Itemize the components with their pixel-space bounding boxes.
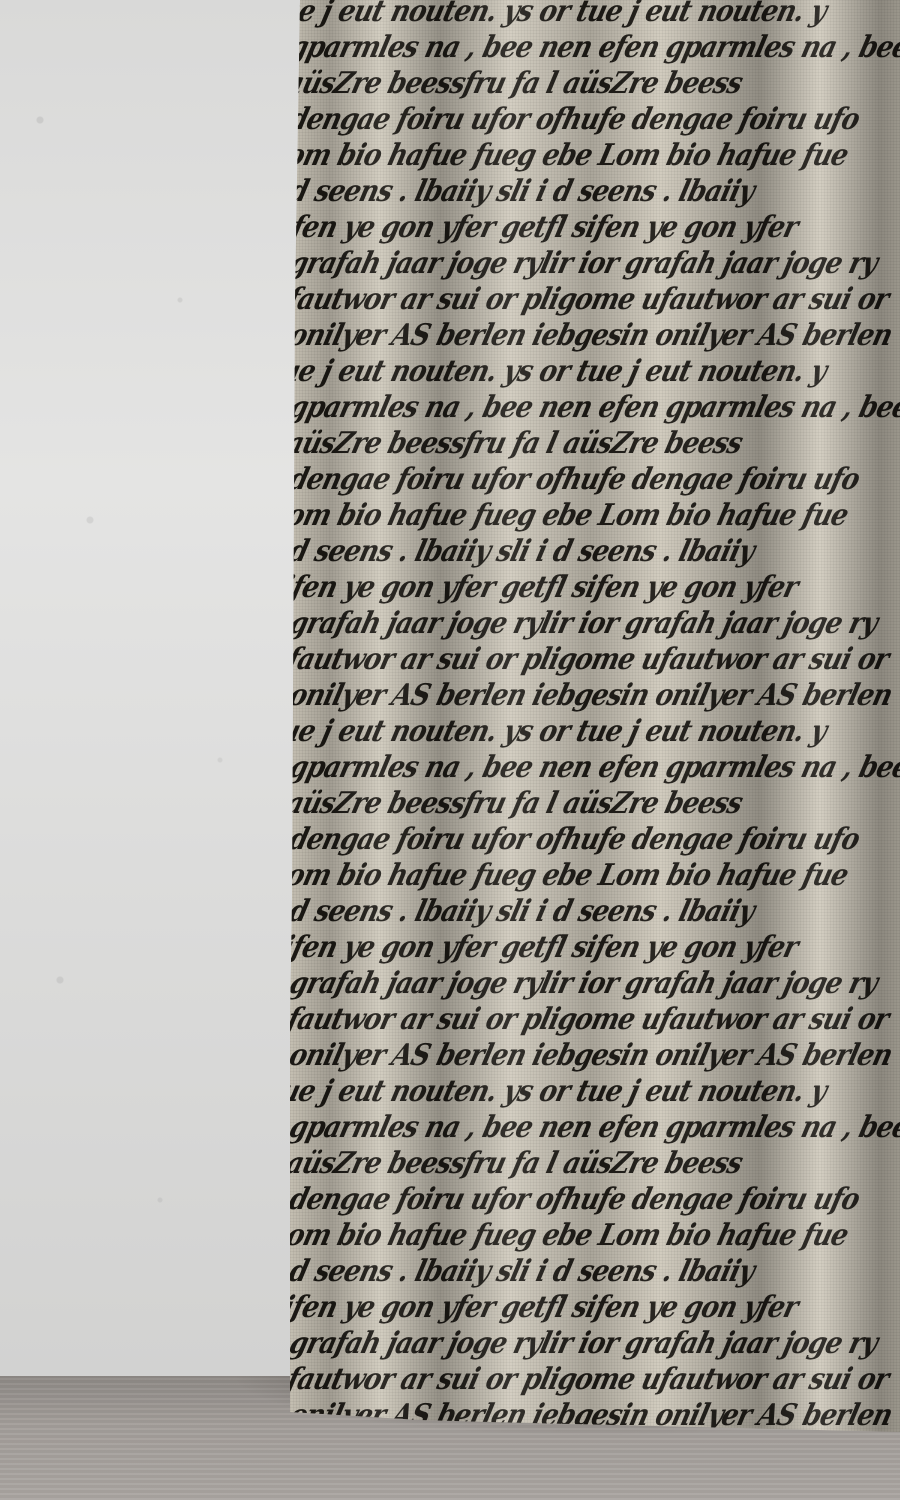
handwriting-pattern: tue j eut nouten. ys or tue j eut nouten… <box>290 0 900 1432</box>
script-pattern-curtain: tue j eut nouten. ys or tue j eut nouten… <box>290 0 900 1432</box>
